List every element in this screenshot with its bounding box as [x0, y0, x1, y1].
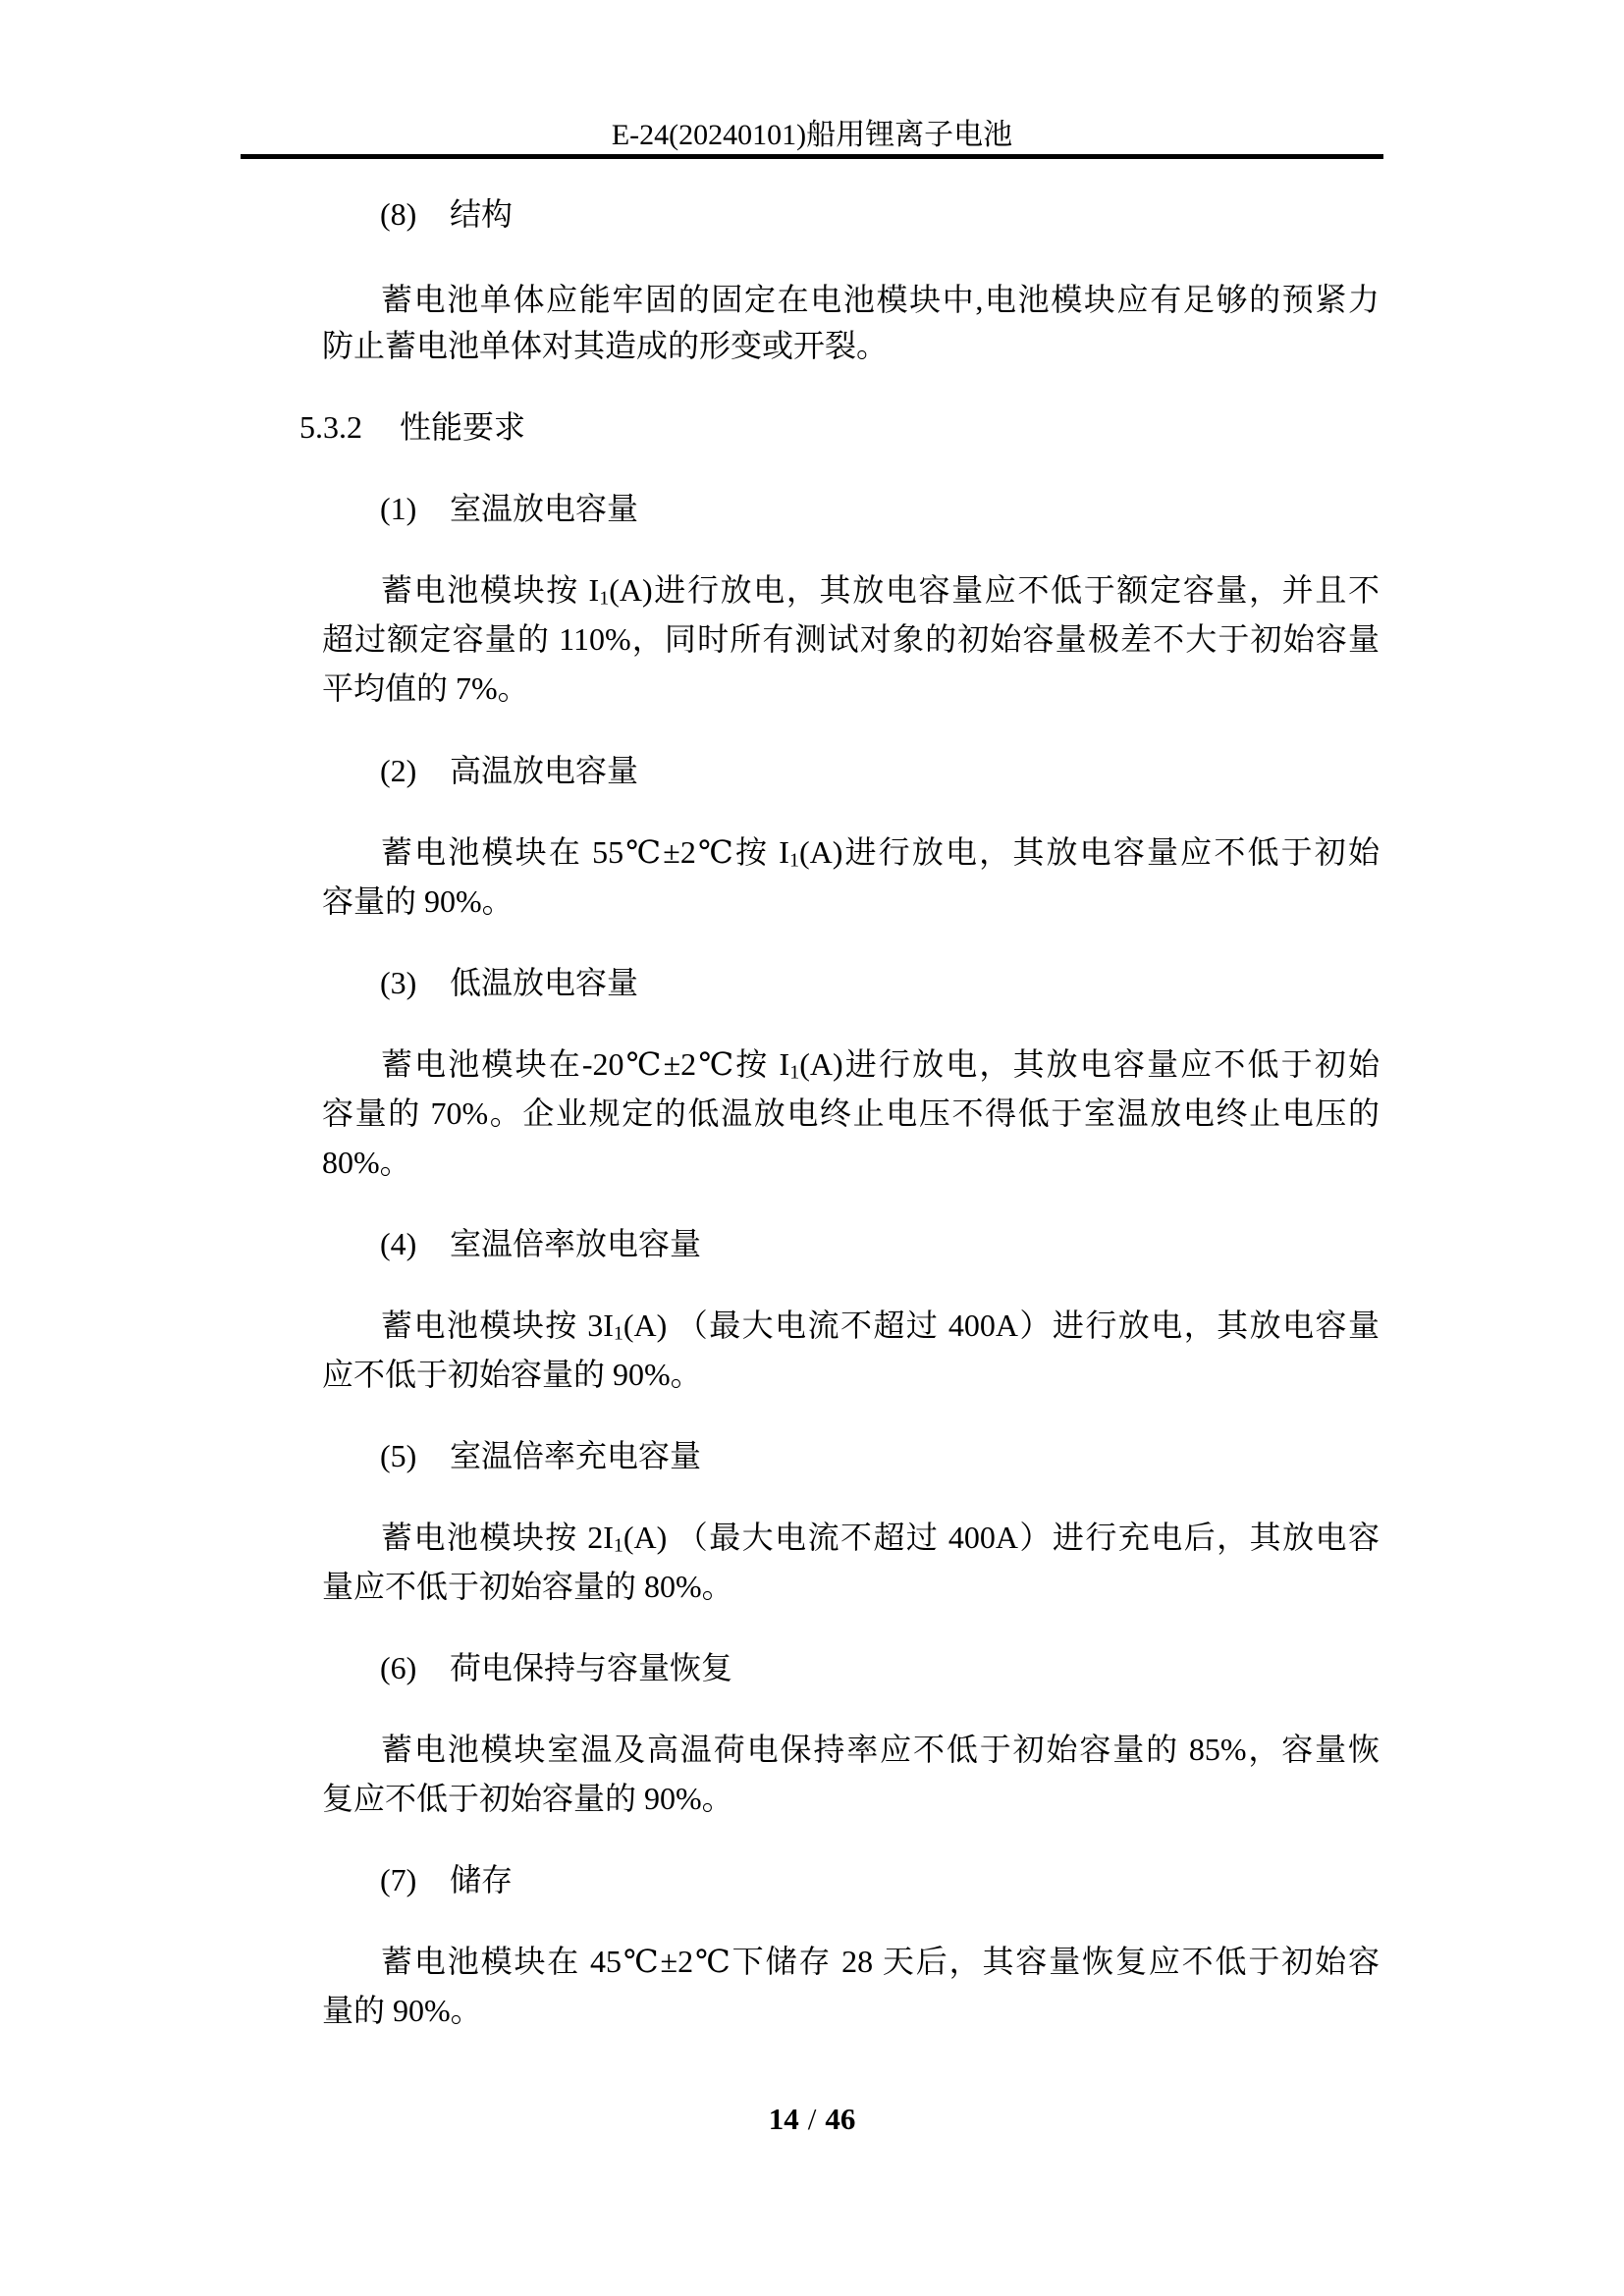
section-number: 5.3.2	[299, 406, 400, 448]
page-number: 14/46	[241, 2100, 1383, 2139]
paragraph-storage: 蓄电池模块在 45℃±2℃下储存 28 天后，其容量恢复应不低于初始容 量的 9…	[322, 1937, 1380, 2035]
item-number: (5)	[380, 1435, 450, 1476]
document-page: E-24(20240101)船用锂离子电池 (8)结构 蓄电池单体应能牢固的固定…	[0, 0, 1624, 2296]
item-number: (7)	[380, 1859, 450, 1900]
item-title: 室温放电容量	[450, 491, 638, 526]
item-title: 室温倍率充电容量	[450, 1438, 701, 1473]
para-line: 蓄电池模块按 I1(A)进行放电，其放电容量应不低于额定容量，并且不	[322, 565, 1380, 614]
paragraph-low-temp-discharge: 蓄电池模块在-20℃±2℃按 I1(A)进行放电，其放电容量应不低于初始 容量的…	[322, 1040, 1380, 1187]
item-title: 结构	[450, 196, 513, 232]
heading-item-2: (2)高温放电容量	[380, 750, 638, 791]
item-title: 荷电保持与容量恢复	[450, 1650, 732, 1685]
para-line: 防止蓄电池单体对其造成的形变或开裂。	[322, 323, 1380, 369]
page-separator: /	[808, 2102, 817, 2136]
page-current: 14	[769, 2102, 799, 2136]
heading-item-7: (7)储存	[380, 1859, 513, 1900]
item-number: (6)	[380, 1647, 450, 1688]
paragraph-high-temp-discharge: 蓄电池模块在 55℃±2℃按 I1(A)进行放电，其放电容量应不低于初始 容量的…	[322, 828, 1380, 926]
paragraph-charge-retention: 蓄电池模块室温及高温荷电保持率应不低于初始容量的 85%，容量恢 复应不低于初始…	[322, 1725, 1380, 1823]
item-title: 低温放电容量	[450, 965, 638, 1000]
paragraph-room-temp-discharge: 蓄电池模块按 I1(A)进行放电，其放电容量应不低于额定容量，并且不 超过额定容…	[322, 565, 1380, 713]
paragraph-structure: 蓄电池单体应能牢固的固定在电池模块中,电池模块应有足够的预紧力 防止蓄电池单体对…	[322, 277, 1380, 369]
para-line: 蓄电池模块在-20℃±2℃按 I1(A)进行放电，其放电容量应不低于初始	[322, 1040, 1380, 1089]
para-line: 容量的 70%。企业规定的低温放电终止电压不得低于室温放电终止电压的	[322, 1089, 1380, 1138]
heading-section-5-3-2: 5.3.2性能要求	[299, 406, 525, 448]
item-number: (1)	[380, 488, 450, 529]
para-line: 蓄电池模块在 55℃±2℃按 I1(A)进行放电，其放电容量应不低于初始	[322, 828, 1380, 877]
header-rule	[241, 154, 1383, 159]
section-title: 性能要求	[400, 409, 525, 445]
heading-item-5: (5)室温倍率充电容量	[380, 1435, 701, 1476]
heading-item-8: (8)结构	[380, 193, 513, 235]
para-line: 容量的 90%。	[322, 877, 1380, 926]
subscript: 1	[789, 850, 799, 872]
item-number: (3)	[380, 962, 450, 1003]
subscript: 1	[599, 588, 609, 610]
para-line: 蓄电池模块按 2I1(A) （最大电流不超过 400A）进行充电后，其放电容	[322, 1513, 1380, 1562]
para-line: 蓄电池单体应能牢固的固定在电池模块中,电池模块应有足够的预紧力	[322, 277, 1380, 323]
item-number: (4)	[380, 1223, 450, 1264]
item-title: 室温倍率放电容量	[450, 1226, 701, 1261]
heading-item-6: (6)荷电保持与容量恢复	[380, 1647, 732, 1688]
item-title: 储存	[450, 1862, 513, 1897]
heading-item-1: (1)室温放电容量	[380, 488, 638, 529]
para-line: 蓄电池模块在 45℃±2℃下储存 28 天后，其容量恢复应不低于初始容	[322, 1937, 1380, 1986]
para-line: 量应不低于初始容量的 80%。	[322, 1562, 1380, 1611]
paragraph-rate-charge: 蓄电池模块按 2I1(A) （最大电流不超过 400A）进行充电后，其放电容 量…	[322, 1513, 1380, 1611]
item-number: (2)	[380, 750, 450, 791]
para-line: 80%。	[322, 1138, 1380, 1187]
subscript: 1	[789, 1062, 799, 1084]
para-line: 蓄电池模块室温及高温荷电保持率应不低于初始容量的 85%，容量恢	[322, 1725, 1380, 1774]
para-line: 应不低于初始容量的 90%。	[322, 1350, 1380, 1399]
para-line: 复应不低于初始容量的 90%。	[322, 1774, 1380, 1823]
heading-item-4: (4)室温倍率放电容量	[380, 1223, 701, 1264]
subscript: 1	[614, 1535, 623, 1557]
para-line: 超过额定容量的 110%，同时所有测试对象的初始容量极差不大于初始容量	[322, 614, 1380, 664]
para-line: 平均值的 7%。	[322, 664, 1380, 713]
para-line: 量的 90%。	[322, 1986, 1380, 2035]
subscript: 1	[614, 1323, 623, 1345]
item-number: (8)	[380, 193, 450, 235]
page-header-title: E-24(20240101)船用锂离子电池	[241, 118, 1383, 153]
paragraph-rate-discharge: 蓄电池模块按 3I1(A) （最大电流不超过 400A）进行放电，其放电容量 应…	[322, 1301, 1380, 1399]
para-line: 蓄电池模块按 3I1(A) （最大电流不超过 400A）进行放电，其放电容量	[322, 1301, 1380, 1350]
heading-item-3: (3)低温放电容量	[380, 962, 638, 1003]
item-title: 高温放电容量	[450, 753, 638, 788]
page-total: 46	[825, 2102, 855, 2136]
